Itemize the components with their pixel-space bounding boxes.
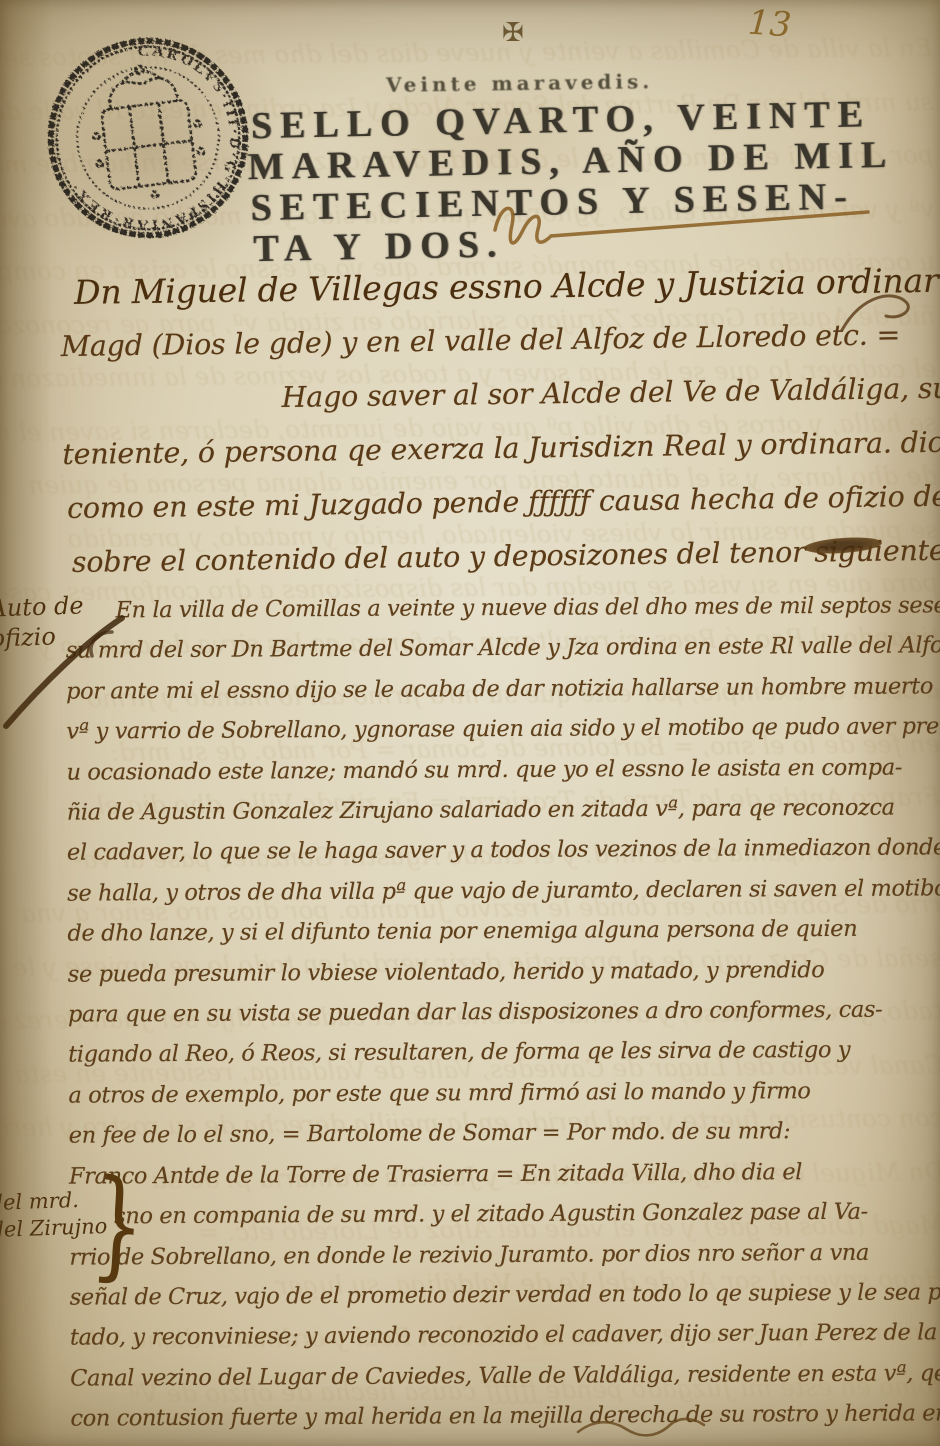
margin-note-line: Auto de <box>0 590 84 623</box>
seal-coat-of-arms <box>86 59 209 204</box>
manuscript-line: se pueda presumir lo vbiese violentado, … <box>68 949 934 995</box>
manuscript-line: tado, y reconviniese; y aviendo reconozi… <box>70 1313 936 1359</box>
seal-rings <box>40 30 257 247</box>
manuscript-line: Canal vezino del Lugar de Caviedes, Vall… <box>70 1353 936 1399</box>
manuscript-page: En la villa de Comillas a veinte y nueve… <box>0 0 940 1446</box>
manuscript-line: señal de Cruz, vajo de el prometio dezir… <box>70 1272 936 1318</box>
manuscript-line: con contusion fuerte y mal herida en la … <box>70 1393 936 1439</box>
manuscript-line: el cadaver, lo que se le haga saver y a … <box>67 828 933 874</box>
cross-mark: ✠ <box>502 18 524 48</box>
tax-stamp-text: SELLO QVARTO, VEINTE MARAVEDIS, AÑO DE M… <box>250 94 900 270</box>
manuscript-line: vª y varrio de Sobrellano, ygnorase quie… <box>66 707 932 753</box>
folio-number: 13 <box>747 3 793 46</box>
manuscript-line: Franco Antde de la Torre de Trasierra = … <box>69 1151 935 1197</box>
manuscript-line: En la villa de Comillas a veinte y nueve… <box>115 585 931 630</box>
manuscript-line: sobre el contenido del auto y deposizone… <box>72 524 933 590</box>
manuscript-line: por ante mi el essno dijo se le acaba de… <box>66 666 932 712</box>
margin-note-line: del mrd. <box>0 1186 107 1217</box>
manuscript-line: tigando al Reo, ó Reos, si resultaren, d… <box>68 1030 934 1076</box>
royal-seal-stamp: CAROLVS·III·D·G·HISPANIAR·REX· <box>27 16 268 261</box>
manuscript-line: ñia de Agustin Gonzalez Zirujano salaria… <box>67 787 933 833</box>
manuscript-line: su mrd del sor Dn Bartme del Somar Alcde… <box>66 626 932 672</box>
margin-note-line: ofizio <box>0 620 85 653</box>
manuscript-opening-block: Dn Miguel de Villegas essno Alcde y Just… <box>60 254 932 590</box>
manuscript-line: rrio de Sobrellano, en donde le rezivio … <box>69 1232 935 1278</box>
manuscript-line: u ocasionado este lanze; mandó su mrd. q… <box>66 747 932 793</box>
manuscript-line: se halla, y otros de dha villa pª que va… <box>67 868 933 914</box>
manuscript-line: a otros de exemplo, por este que su mrd … <box>68 1070 934 1116</box>
manuscript-line: para que en su vista se puedan dar las d… <box>68 989 934 1035</box>
manuscript-line: de dho lanze, y si el difunto tenia por … <box>67 909 933 955</box>
tax-stamp-header: Veinte maravedis. <box>386 69 654 97</box>
margin-note-brace: } <box>88 1154 148 1298</box>
margin-note-auto: Auto de ofizio <box>0 590 85 653</box>
manuscript-body-block: En la villa de Comillas a veinte y nueve… <box>65 585 936 1439</box>
manuscript-line: en fee de lo el sno, = Bartolome de Soma… <box>69 1111 935 1157</box>
manuscript-line: sno en compania de su mrd. y el zitado A… <box>114 1191 935 1236</box>
manuscript-line: Hago saver al sor Alcde del Ve de Valdál… <box>281 362 930 425</box>
